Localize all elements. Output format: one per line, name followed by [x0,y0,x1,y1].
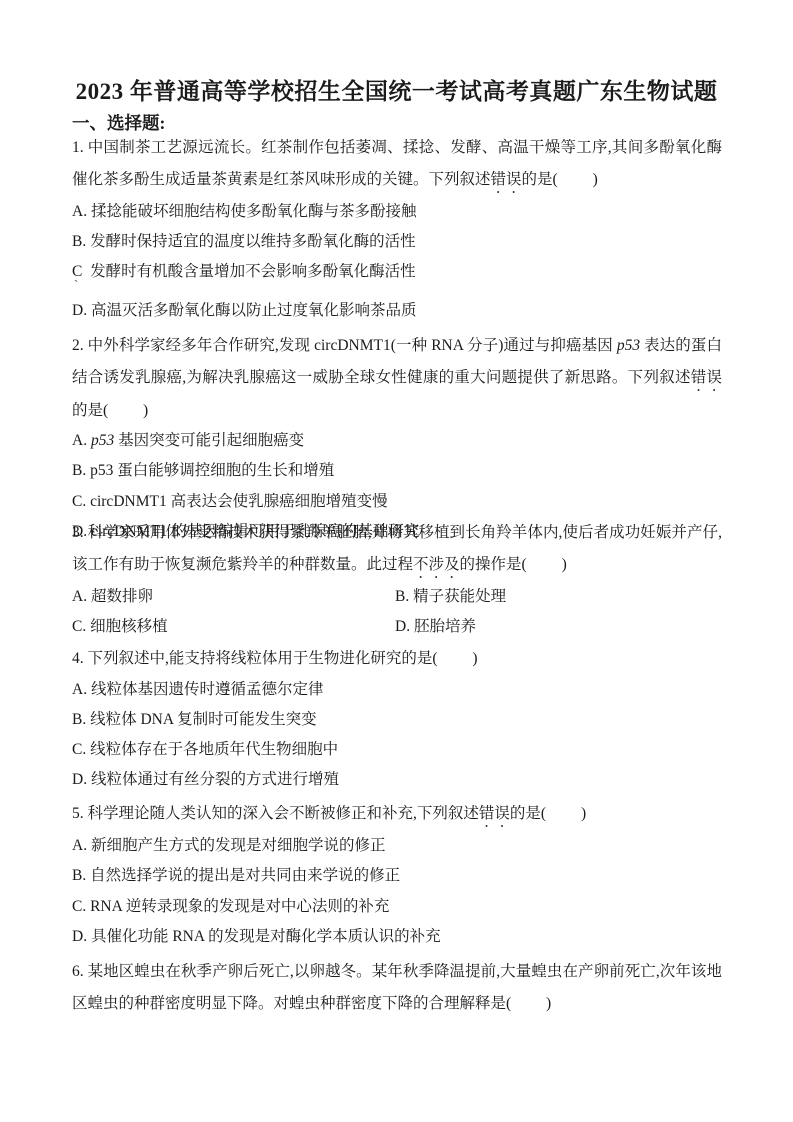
question-1-option-b: B. 发酵时保持适宜的温度以维持多酚氧化酶的活性 [72,227,722,257]
document-title: 2023 年普通高等学校招生全国统一考试高考真题广东生物试题 [0,77,793,107]
question-1-stem: 1. 中国制茶工艺源远流长。红茶制作包括萎凋、揉捻、发酵、高温干燥等工序,其间多… [72,132,722,197]
question-3-option-b: B. 精子获能处理 [395,582,722,612]
question-1: 1. 中国制茶工艺源远流长。红茶制作包括萎凋、揉捻、发酵、高温干燥等工序,其间多… [72,132,722,327]
question-4-option-c: C. 线粒体存在于各地质年代生物细胞中 [72,735,722,765]
question-4-option-b: B. 线粒体 DNA 复制时可能发生突变 [72,705,722,735]
exam-document-page: 2023 年普通高等学校招生全国统一考试高考真题广东生物试题 一、选择题: 1.… [0,0,793,1122]
question-3: 3. 科学家采用体外受精技术获得紫羚羊胚胎,并将其移植到长角羚羊体内,使后者成功… [72,517,722,642]
question-6: 6. 某地区蝗虫在秋季产卵后死亡,以卵越冬。某年秋季降温提前,大量蝗虫在产卵前死… [72,956,722,1019]
question-5-option-a: A. 新细胞产生方式的发现是对细胞学说的修正 [72,831,722,861]
question-2: 2. 中外科学家经多年合作研究,发现 circDNMT1(一种 RNA 分子)通… [72,330,722,547]
question-5-option-c: C. RNA 逆转录现象的发现是对中心法则的补充 [72,892,722,922]
question-3-stem: 3. 科学家采用体外受精技术获得紫羚羊胚胎,并将其移植到长角羚羊体内,使后者成功… [72,517,722,582]
question-1-option-a: A. 揉捻能破坏细胞结构使多酚氧化酶与茶多酚接触 [72,197,722,227]
question-5-option-b: B. 自然选择学说的提出是对共同由来学说的修正 [72,861,722,891]
scan-artifact-mark: ` [74,278,78,291]
question-5-stem: 5. 科学理论随人类认知的深入会不断被修正和补充,下列叙述错误的是( ) [72,798,722,831]
question-2-stem: 2. 中外科学家经多年合作研究,发现 circDNMT1(一种 RNA 分子)通… [72,330,722,426]
question-3-option-c: C. 细胞核移植 [72,612,395,642]
question-4: 4. 下列叙述中,能支持将线粒体用于生物进化研究的是( ) A. 线粒体基因遗传… [72,643,722,796]
question-2-option-a: A. p53 基因突变可能引起细胞癌变 [72,426,722,456]
question-4-option-a: A. 线粒体基因遗传时遵循孟德尔定律 [72,675,722,705]
question-4-option-d: D. 线粒体通过有丝分裂的方式进行增殖 [72,765,722,795]
question-2-option-c: C. circDNMT1 高表达会使乳腺癌细胞增殖变慢 [72,487,722,517]
question-5-option-d: D. 具催化功能 RNA 的发现是对酶化学本质认识的补充 [72,922,722,952]
question-6-stem: 6. 某地区蝗虫在秋季产卵后死亡,以卵越冬。某年秋季降温提前,大量蝗虫在产卵前死… [72,956,722,1019]
question-1-option-d: D. 高温灭活多酚氧化酶以防止过度氧化影响茶品质 [72,296,722,326]
question-2-option-b: B. p53 蛋白能够调控细胞的生长和增殖 [72,456,722,486]
question-3-option-a: A. 超数排卵 [72,582,395,612]
question-4-stem: 4. 下列叙述中,能支持将线粒体用于生物进化研究的是( ) [72,643,722,675]
question-5: 5. 科学理论随人类认知的深入会不断被修正和补充,下列叙述错误的是( ) A. … [72,798,722,952]
question-3-options: A. 超数排卵 B. 精子获能处理 C. 细胞核移植 D. 胚胎培养 [72,582,722,643]
question-1-option-c: C 发酵时有机酸含量增加不会影响多酚氧化酶活性 [72,257,722,287]
question-3-option-d: D. 胚胎培养 [395,612,722,642]
